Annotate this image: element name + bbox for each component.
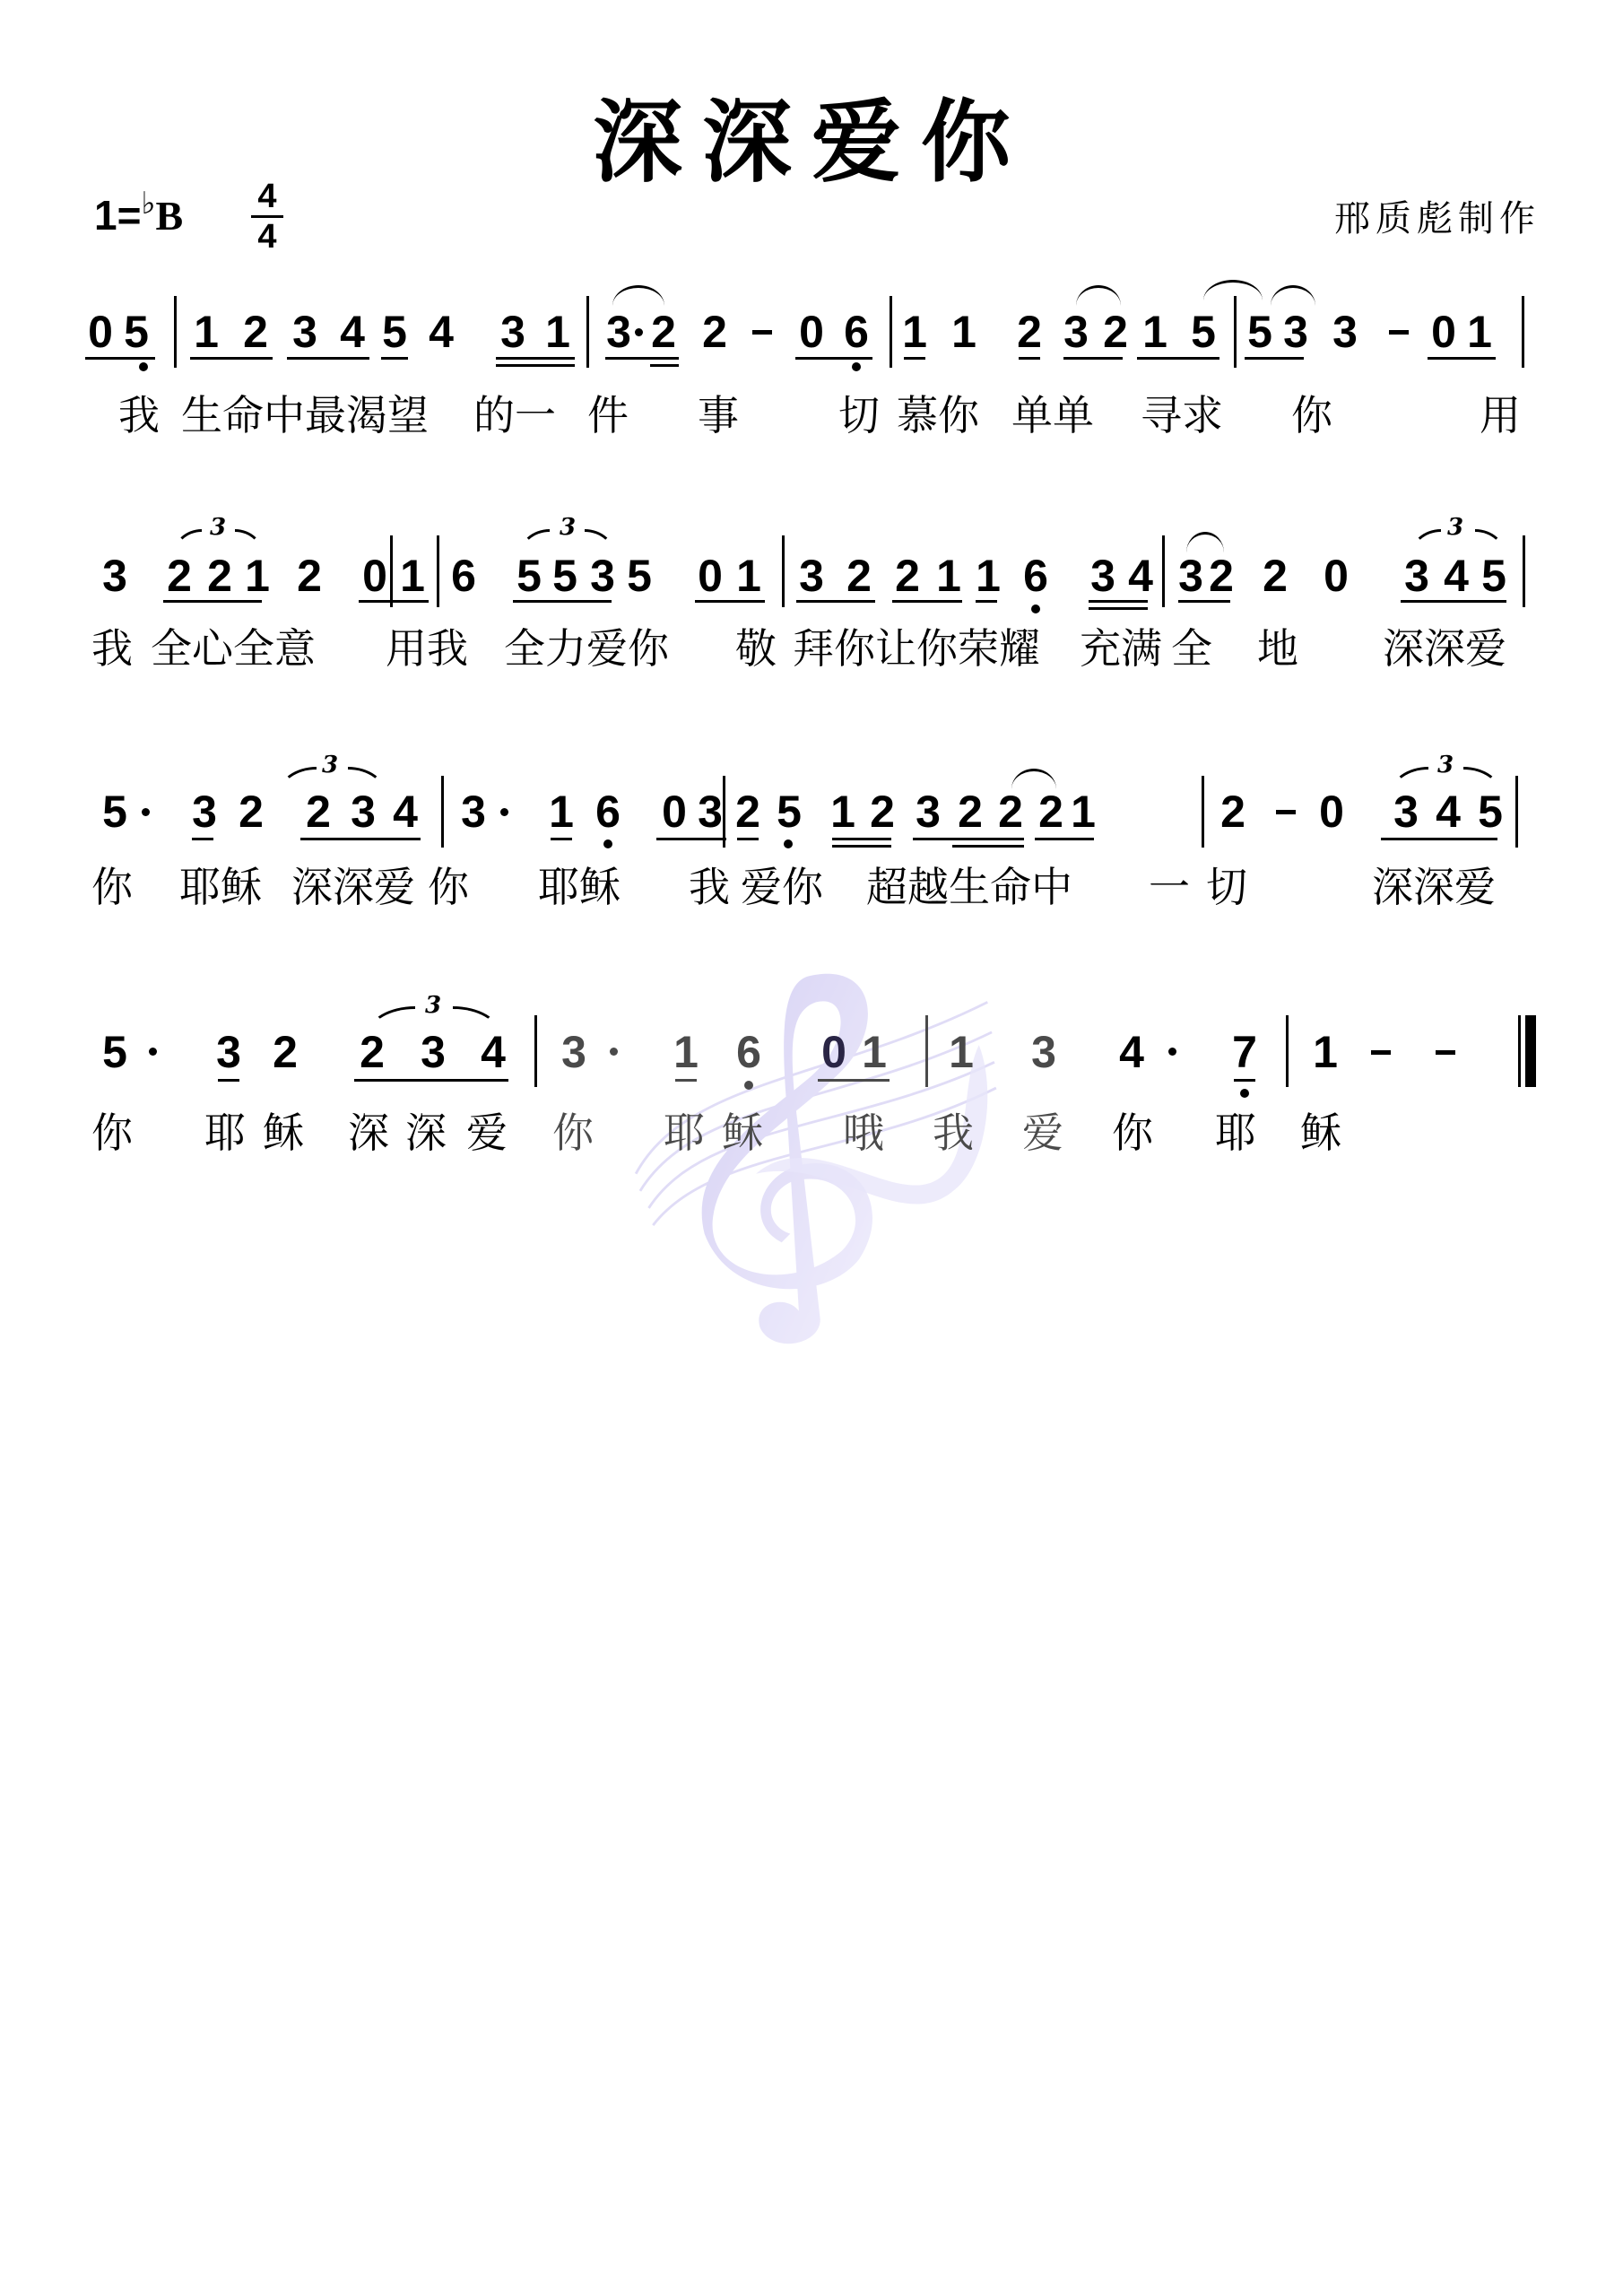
note: 1 [931,553,967,598]
lyric: 爱 [1022,1112,1063,1153]
underline [1245,357,1304,360]
augmentation-dot [500,808,508,816]
underline [1178,600,1230,603]
underline [656,838,726,840]
note: 0 [1314,789,1350,834]
lyric: 超越生命中 [866,866,1072,908]
lyric: 单单 [1011,395,1094,436]
note: 3 [456,789,491,834]
final-barline-thin [1518,1015,1521,1087]
note: 5 [511,553,547,598]
note: 2 [993,789,1028,834]
augmentation-dot [635,328,643,336]
barline [390,535,393,607]
note: 3 [1085,553,1121,598]
underline-double [952,845,1024,848]
lyric: 耶稣 [179,866,262,908]
underline [1089,600,1148,603]
note: 2 [1098,309,1133,354]
underline [1137,357,1219,360]
lyric: 用 [1480,395,1521,436]
underline [976,600,997,603]
lyric: 件 [587,395,629,436]
lyric: 地 [1257,628,1298,669]
time-numerator: 4 [251,179,283,213]
note: 0 [794,309,829,354]
note: 2 [1011,309,1047,354]
key-prefix: 1= [94,192,141,239]
lyric: 耶稣 [538,866,621,908]
lyric: 事 [698,395,739,436]
lyric: 切 [1206,866,1247,908]
note-0: 0 [82,309,118,354]
underline [163,600,262,603]
note: 4 [1123,553,1159,598]
lyric: 耶 [1215,1112,1256,1153]
underline-double [832,845,891,848]
note: 3 [415,1030,451,1074]
underline [892,600,962,603]
note: 7 [1227,1030,1263,1074]
underline [913,838,1024,840]
lyric: 充满 [1080,628,1162,669]
note: 3 [97,553,133,598]
note: 5 [547,553,583,598]
underline [1063,357,1123,360]
extension-dash [1371,1050,1391,1055]
final-barline-thick [1525,1015,1536,1087]
flat-icon: ♭ [141,187,155,221]
lyric: 切 [838,395,880,436]
note: 6 [731,1030,767,1074]
note: 3 [287,309,323,354]
underline [300,838,421,840]
lyric: 用我 [386,628,468,669]
underline [1234,1079,1255,1082]
note: 2 [646,309,681,354]
note-5-low: 5 [118,309,154,354]
lyric: 全力爱你 [504,628,669,669]
note: 4 [423,309,459,354]
underline [796,600,875,603]
barline [1202,776,1204,848]
augmentation-dot [610,1048,618,1056]
barline [441,776,444,848]
barline [890,296,892,368]
note: 5 [97,789,133,834]
barline [1522,296,1524,368]
underline [218,1079,239,1082]
triplet-number: 3 [317,753,343,777]
note: 2 [730,789,766,834]
note: 6 [1018,553,1054,598]
underline [1035,838,1094,840]
underline [737,838,759,840]
note: 0 [357,553,393,598]
note: 1 [543,789,579,834]
author-credit: 邢质彪制作 [1334,190,1541,241]
underline [496,357,575,360]
note: 2 [354,1030,390,1074]
note: 6 [838,309,874,354]
lyric: 稣 [263,1112,304,1153]
underline [1401,600,1506,603]
note: 3 [794,553,829,598]
underline [904,357,925,360]
triplet-number: 3 [554,516,581,539]
note: 5 [621,553,657,598]
low-octave-dot [852,362,861,371]
key-signature: 1=♭B [94,188,183,237]
barline [174,296,177,368]
note: 4 [387,789,423,834]
underline [551,838,572,840]
barline [586,296,589,368]
lyric: 你 [428,866,469,908]
lyric: 的一 [473,395,556,436]
lyric: 深深爱 [291,866,415,908]
extension-dash [1276,810,1296,814]
lyric: 深 [348,1112,389,1153]
barline [782,535,785,607]
lyric: 我 [933,1112,974,1153]
barline [437,535,439,607]
barline [1523,535,1525,607]
lyric: 耶 [204,1112,246,1153]
slur [1186,532,1224,552]
note: 5 [377,309,412,354]
note: 4 [1430,789,1466,834]
augmentation-dot [149,1048,157,1056]
underline [675,1079,697,1082]
note: 4 [1438,553,1474,598]
lyric: 生命中最渴望 [181,395,429,436]
note: 3 [601,309,637,354]
time-signature: 4 4 [251,179,283,254]
lyric: 全 [1171,628,1212,669]
note: 2 [890,553,925,598]
lyric: 耶 [664,1112,705,1153]
low-octave-dot [744,1081,753,1090]
underline [192,838,213,840]
slur [612,285,664,306]
lyric: 深深爱 [1372,866,1496,908]
barline [1234,296,1237,368]
lyric: 拜你让你荣耀 [793,628,1040,669]
lyric: 你 [91,1112,133,1153]
lyric: 敬 [735,628,777,669]
lyric: 稣 [1300,1112,1341,1153]
triplet-number: 3 [420,994,447,1017]
low-octave-dot [1240,1089,1249,1098]
underline [381,357,408,360]
underline [190,357,273,360]
lyric: 哦 [843,1112,884,1153]
note: 0 [692,553,728,598]
note: 4 [1114,1030,1150,1074]
lyric: 你 [91,866,133,908]
note: 0 [1426,309,1462,354]
underline [832,838,891,840]
underline [287,357,369,360]
note: 5 [1476,553,1512,598]
note: 2 [841,553,877,598]
low-octave-dot [1031,604,1040,613]
lyric: 稣 [722,1112,763,1153]
barline [1515,776,1518,848]
extension-dash [1436,1050,1455,1055]
extension-dash [752,330,772,335]
underline [1428,357,1496,360]
note: 2 [291,553,327,598]
note: 4 [475,1030,511,1074]
underline [513,600,612,603]
note: 1 [731,553,767,598]
note: 1 [1462,309,1497,354]
note: 2 [1257,553,1293,598]
lyric: 你 [552,1112,594,1153]
note: 3 [1058,309,1094,354]
lyric: 爱你 [741,866,823,908]
note: 3 [495,309,531,354]
lyric: 爱 [466,1112,508,1153]
lyric: 你 [1291,395,1332,436]
lyric: 我 [118,395,160,436]
low-octave-dot [603,839,612,848]
triplet-number: 3 [204,516,231,539]
song-title: 深深爱你 [0,97,1623,187]
note: 6 [446,553,482,598]
note: 5 [1472,789,1508,834]
triplet-number: 3 [1432,753,1459,777]
underline-double [1089,607,1148,610]
note: 2 [267,1030,303,1074]
note: 1 [856,1030,892,1074]
note: 0 [656,789,692,834]
underline [795,357,872,360]
extension-dash [1389,330,1409,335]
note: 2 [1033,789,1069,834]
note: 1 [943,1030,979,1074]
low-octave-dot [784,839,793,848]
underline-double [496,364,575,367]
note: 1 [897,309,933,354]
note: 1 [540,309,576,354]
underline [85,357,155,360]
underline [1381,838,1497,840]
note: 3 [211,1030,247,1074]
note: 2 [161,553,197,598]
underline [605,357,679,360]
note: 2 [202,553,238,598]
note: 3 [585,553,621,598]
barline [1286,1015,1289,1087]
low-octave-dot [139,362,148,371]
note: 6 [590,789,626,834]
underline [354,1079,508,1082]
note: 1 [239,553,275,598]
lyric: 一 [1149,866,1190,908]
slur [1076,285,1121,306]
note: 0 [1318,553,1354,598]
note: 2 [697,309,733,354]
augmentation-dot [142,808,150,816]
note: 3 [187,789,222,834]
lyric: 深深爱 [1383,628,1506,669]
note: 3 [556,1030,592,1074]
note: 2 [952,789,988,834]
note: 2 [238,309,273,354]
note: 1 [825,789,861,834]
augmentation-dot [1168,1048,1176,1056]
note: 5 [1242,309,1278,354]
note: 3 [1278,309,1314,354]
note: 1 [946,309,982,354]
underline [695,600,765,603]
note: 3 [910,789,946,834]
note: 2 [233,789,269,834]
note: 5 [97,1030,133,1074]
note: 3 [1026,1030,1062,1074]
barline [925,1015,928,1087]
note: 1 [970,553,1006,598]
note: 1 [668,1030,704,1074]
note: 4 [334,309,370,354]
tie [1203,280,1263,300]
note: 1 [1137,309,1173,354]
lyric: 寻求 [1141,395,1223,436]
tie [1271,285,1315,306]
barline [534,1015,537,1087]
lyric: 慕你 [897,395,979,436]
note: 1 [188,309,224,354]
lyric: 我 [689,866,730,908]
lyric: 全心全意 [151,628,316,669]
note: 1 [1307,1030,1343,1074]
note: 5 [1185,309,1221,354]
note: 1 [395,553,430,598]
note: 2 [1203,553,1239,598]
lyric: 你 [1112,1112,1153,1153]
note: 3 [1388,789,1424,834]
lyric: 深 [405,1112,447,1153]
note: 3 [1399,553,1435,598]
underline [818,1079,890,1082]
note: 0 [816,1030,852,1074]
note: 2 [300,789,336,834]
note: 1 [1065,789,1101,834]
barline [723,776,725,848]
time-denominator: 4 [251,220,283,254]
triplet-number: 3 [1442,516,1469,539]
note: 3 [1327,309,1363,354]
key-letter: B [156,193,184,239]
barline [1162,535,1165,607]
note: 5 [771,789,807,834]
underline [1019,357,1040,360]
note: 3 [345,789,381,834]
note: 2 [864,789,900,834]
underline-double [650,364,679,367]
lyric: 我 [91,628,133,669]
underline [359,600,429,603]
note: 2 [1215,789,1251,834]
